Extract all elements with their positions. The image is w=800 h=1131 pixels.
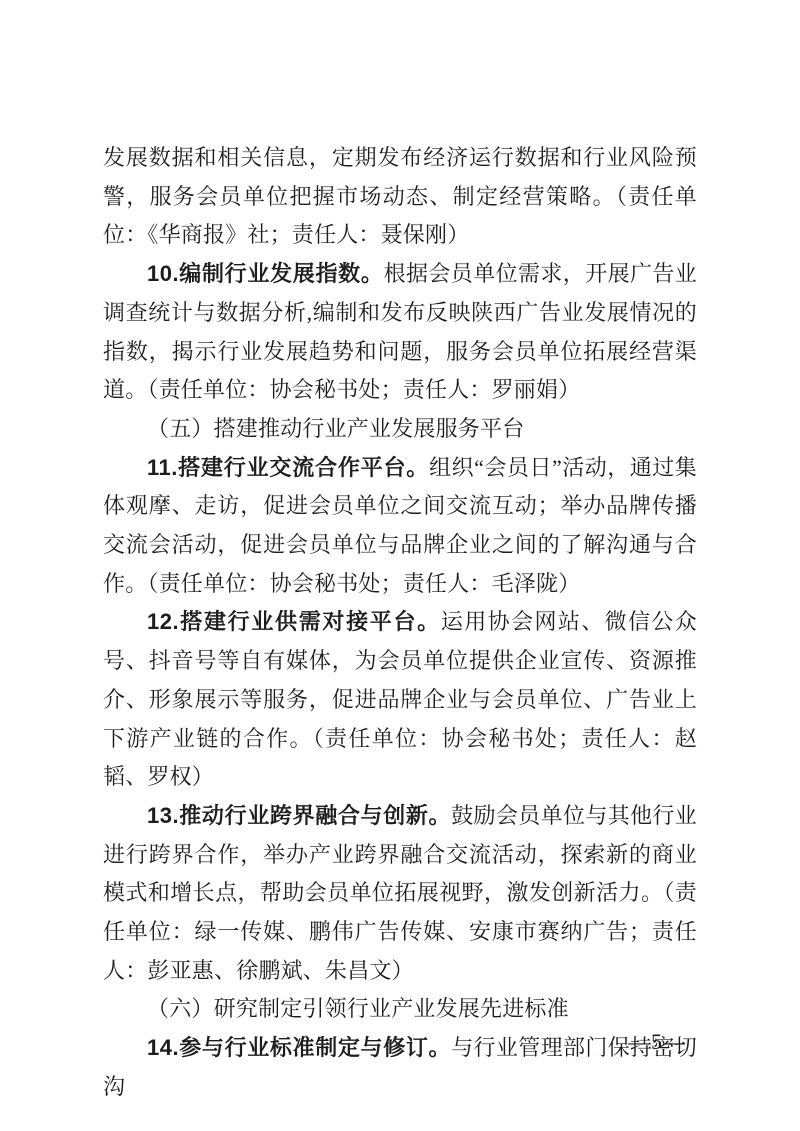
- section-heading-5: （五）搭建推动行业产业发展服务平台: [103, 410, 697, 449]
- paragraph-item-10: 10.编制行业发展指数。根据会员单位需求，开展广告业调查统计与数据分析,编制和发…: [103, 255, 697, 410]
- paragraph-item-10-lead: 10.编制行业发展指数。: [147, 261, 384, 286]
- paragraph-item-12-lead: 12.搭建行业供需对接平台。: [147, 609, 441, 634]
- paragraph-item-11: 11.搭建行业交流合作平台。组织“会员日”活动，通过集体观摩、走访，促进会员单位…: [103, 449, 697, 604]
- paragraph-item-14-lead: 14.参与行业标准制定与修订。: [147, 1035, 451, 1060]
- section-heading-6-text: （六）研究制定引领行业产业发展先进标准: [147, 996, 569, 1021]
- paragraph-item-13: 13.推动行业跨界融合与创新。鼓励会员单位与其他行业进行跨界合作，举办产业跨界融…: [103, 797, 697, 991]
- section-heading-6: （六）研究制定引领行业产业发展先进标准: [103, 990, 697, 1029]
- paragraph-item-12: 12.搭建行业供需对接平台。运用协会网站、微信公众号、抖音号等自有媒体，为会员单…: [103, 603, 697, 797]
- paragraph-item-13-body: 鼓励会员单位与其他行业进行跨界合作，举办产业跨界融合交流活动，探索新的商业模式和…: [103, 803, 697, 983]
- paragraph-continuation-body: 发展数据和相关信息，定期发布经济运行数据和行业风险预警，服务会员单位把握市场动态…: [103, 145, 697, 247]
- paragraph-item-11-lead: 11.搭建行业交流合作平台。: [147, 455, 429, 480]
- paragraph-item-13-lead: 13.推动行业跨界融合与创新。: [147, 803, 451, 828]
- paragraph-item-12-body: 运用协会网站、微信公众号、抖音号等自有媒体，为会员单位提供企业宣传、资源推介、形…: [103, 609, 697, 789]
- page-number: —5—: [628, 1031, 686, 1053]
- paragraph-continuation: 发展数据和相关信息，定期发布经济运行数据和行业风险预警，服务会员单位把握市场动态…: [103, 139, 697, 255]
- section-heading-5-text: （五）搭建推动行业产业发展服务平台: [147, 416, 524, 441]
- paragraph-item-14: 14.参与行业标准制定与修订。与行业管理部门保持密切沟: [103, 1029, 697, 1106]
- document-body: 发展数据和相关信息，定期发布经济运行数据和行业风险预警，服务会员单位把握市场动态…: [103, 139, 697, 1107]
- document-page: 发展数据和相关信息，定期发布经济运行数据和行业风险预警，服务会员单位把握市场动态…: [0, 0, 800, 1131]
